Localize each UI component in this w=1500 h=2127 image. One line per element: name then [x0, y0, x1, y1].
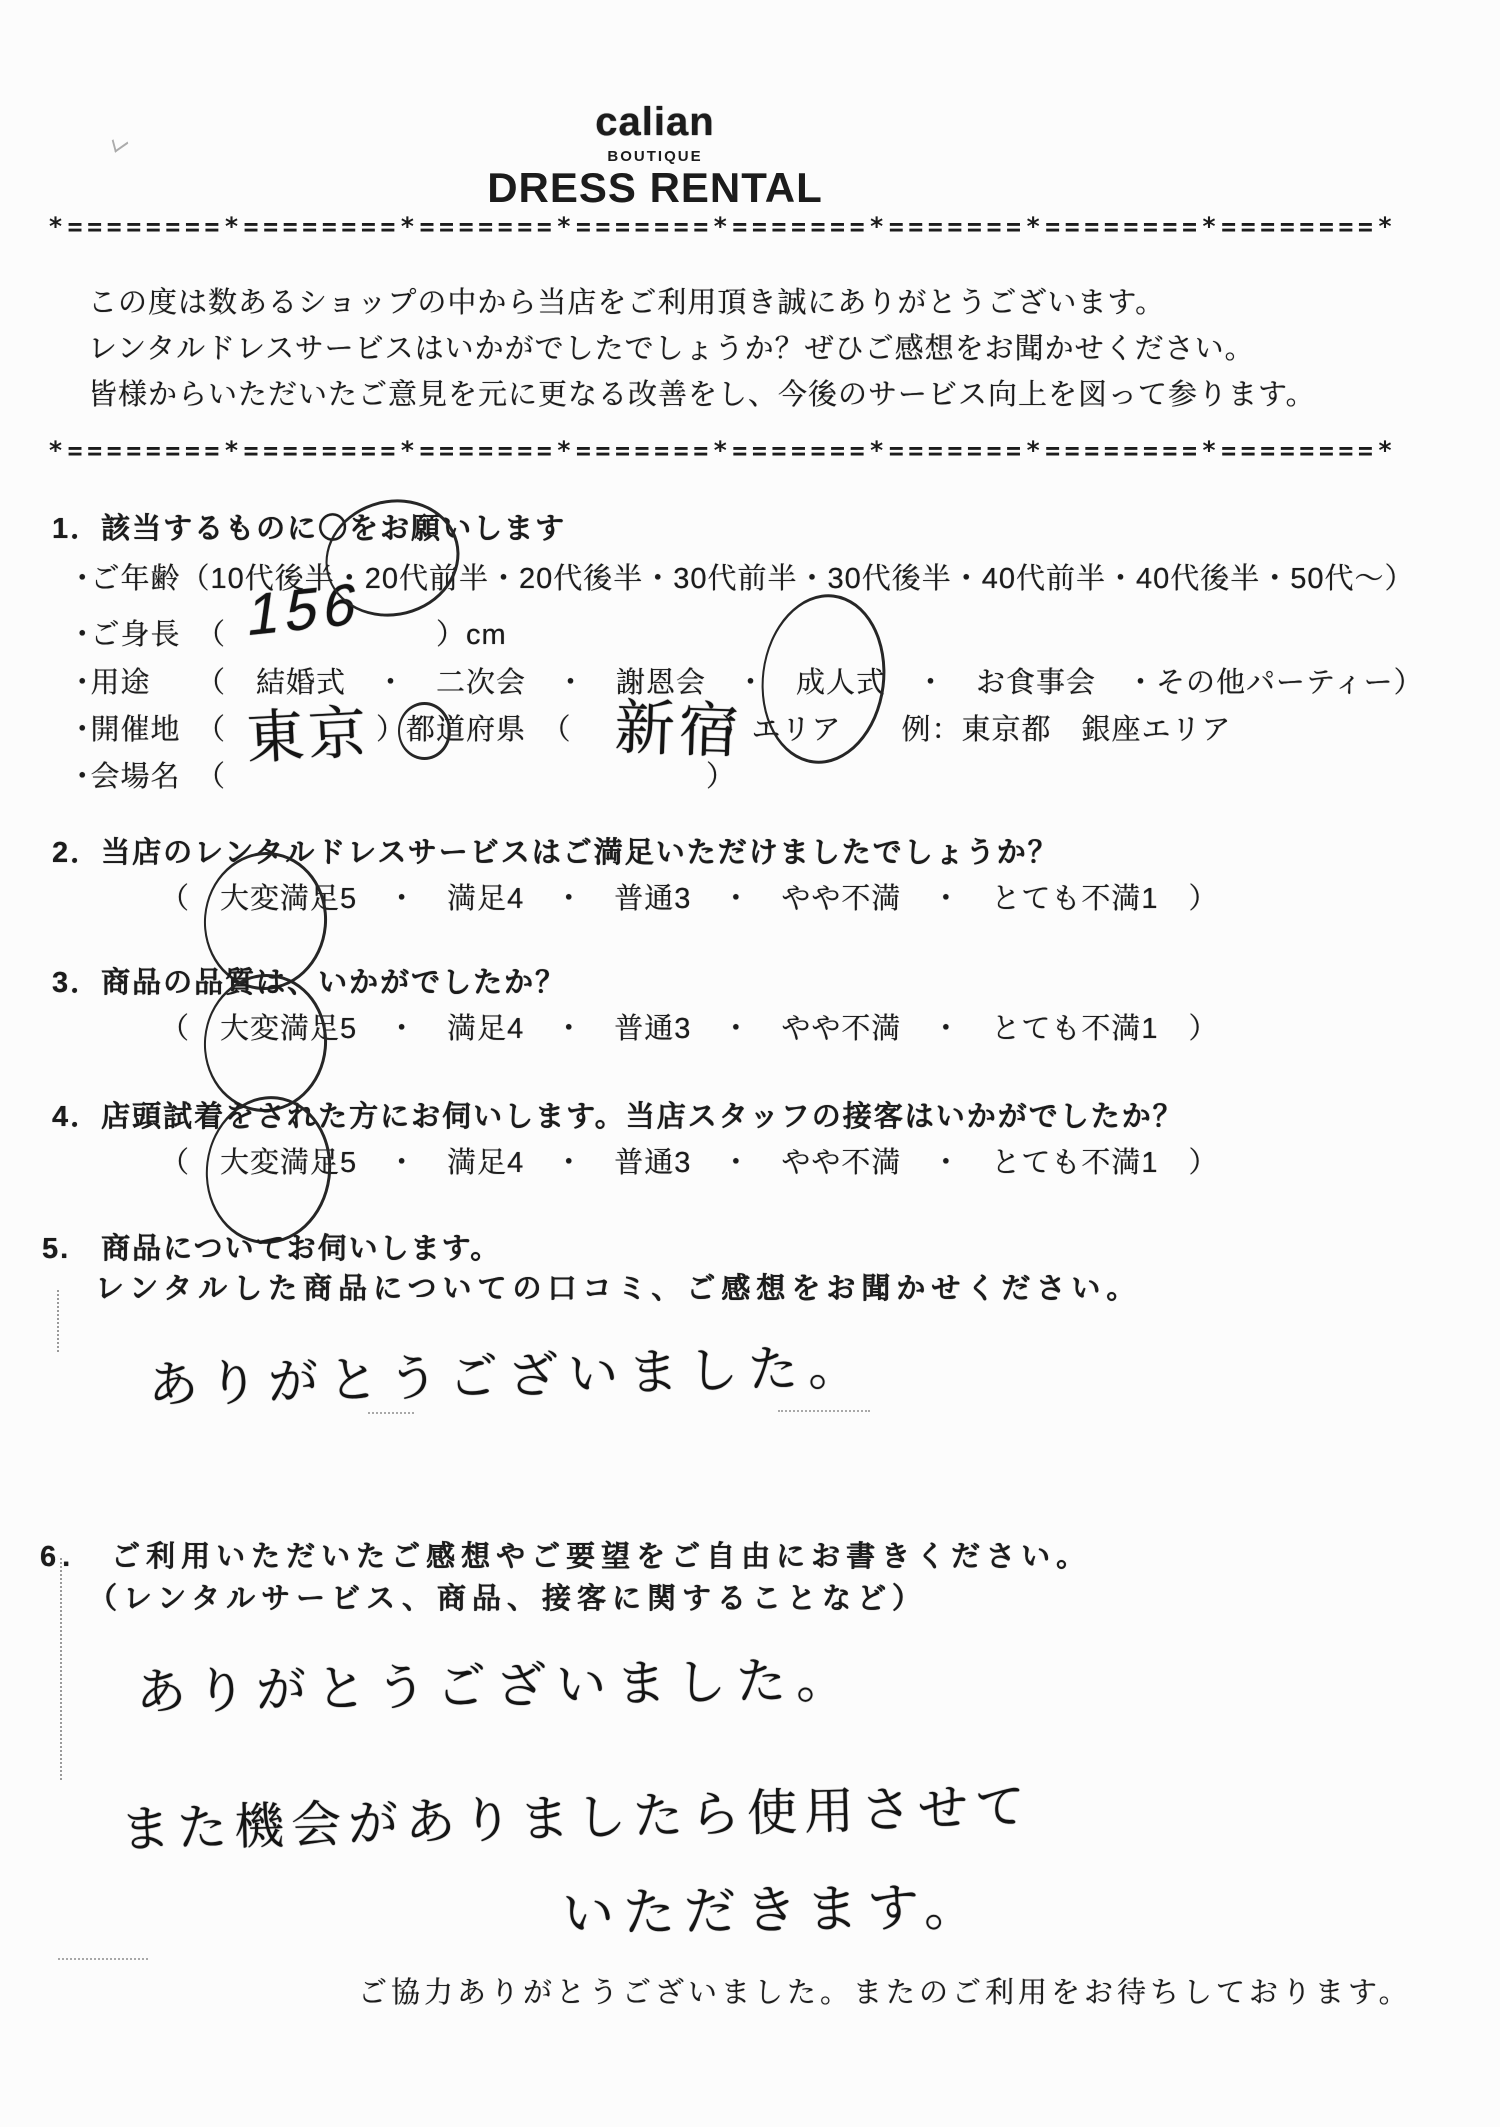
handwritten-area-value: 新宿	[614, 680, 745, 770]
scan-artifact-vline-1	[57, 1290, 59, 1352]
scan-artifact-dash-2	[778, 1410, 870, 1412]
handwritten-circle-prefecture-kanji	[398, 702, 451, 760]
brand-boutique-label: BOUTIQUE	[0, 148, 1310, 165]
handwritten-prefecture-value: 東京	[244, 685, 372, 775]
page-title: DRESS RENTAL	[0, 164, 1310, 212]
scan-artifact-vline-2	[60, 1558, 62, 1780]
intro-line-1: この度は数あるショップの中から当店をご利用頂き誠にありがとうございます。	[88, 280, 1165, 321]
footer-note: ご協力ありがとうございました。またのご利用をお待ちしております。	[358, 1970, 1412, 2011]
scanned-survey-page: calian BOUTIQUE DRESS RENTAL *========*=…	[0, 0, 1500, 2127]
intro-line-3: 皆様からいただいたご意見を元に更なる改善をし、今後のサービス向上を図って参ります…	[88, 372, 1316, 413]
q5-subtitle: レンタルした商品についての口コミ、ご感想をお聞かせください。	[95, 1266, 1141, 1307]
q6-title: 6. ご利用いただいたご感想やご要望をご自由にお書きください。	[40, 1534, 1091, 1575]
separator-line-bottom: *========*========*=======*=======*=====…	[48, 436, 1468, 465]
handwritten-answer-q6-line2: また機会がありましたら使用させて	[119, 1766, 1033, 1862]
intro-line-2: レンタルドレスサービスはいかがでしたでしょうか？ぜひご感想をお聞かせください。	[88, 326, 1255, 367]
q1-title: 1．該当するものに〇をお願いします	[52, 506, 566, 547]
scan-artifact-dash-3	[58, 1958, 148, 1960]
scan-artifact-dash-1	[368, 1412, 414, 1414]
separator-line-top: *========*========*=======*=======*=====…	[48, 212, 1468, 241]
handwritten-answer-q6-line3: いただきます。	[561, 1864, 985, 1946]
q2-title: 2．当店のレンタルドレスサービスはご満足いただけましたでしょうか？	[52, 830, 1059, 871]
q5-title: 5. 商品についてお伺いします。	[42, 1226, 501, 1267]
brand-logo: calian	[0, 100, 1310, 145]
handwritten-answer-q6-line1: ありがとうございました。	[135, 1640, 856, 1725]
q6-subtitle: （レンタルサービス、商品、接客に関することなど）	[88, 1576, 927, 1617]
handwritten-answer-q5: ありがとうございました。	[147, 1327, 869, 1418]
